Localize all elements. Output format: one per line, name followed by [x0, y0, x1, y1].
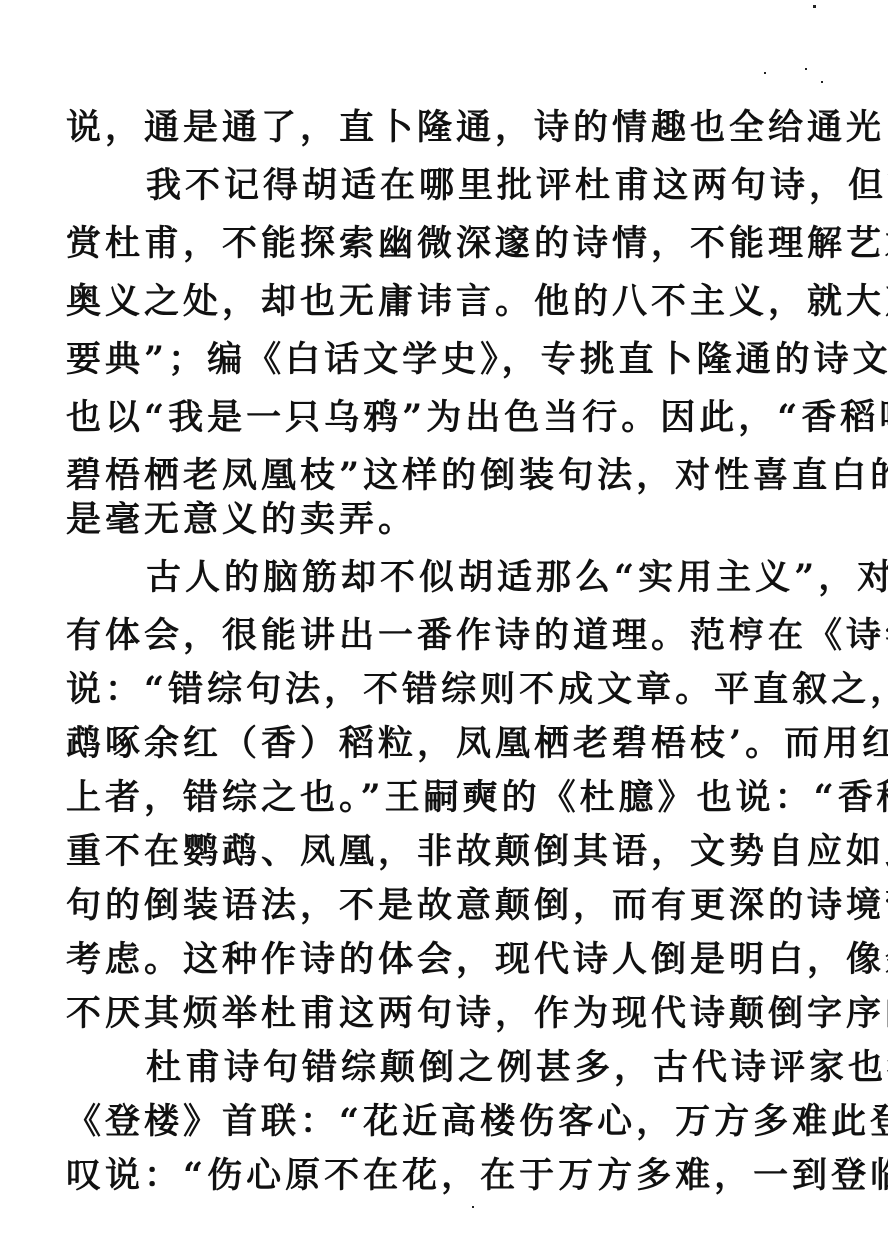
scan-speck	[821, 81, 823, 83]
text-line: 不厌其烦举杜甫这两句诗，作为现代诗颠倒字序的张本。	[66, 992, 828, 1036]
text-line: 说：“错综句法，不错综则不成文章。平直叙之，则曰‘鹦	[66, 668, 828, 712]
scanned-book-page: 说，通是通了，直卜隆通，诗的情趣也全给通光了。 我不记得胡适在哪里批评杜甫这两句…	[0, 0, 888, 1238]
text-line: 说，通是通了，直卜隆通，诗的情趣也全给通光了。	[66, 106, 828, 150]
text-line: 《登楼》首联：“花近高楼伤客心，万方多难此登临。”金圣	[66, 1100, 828, 1144]
text-line: 也以“我是一只乌鸦”为出色当行。因此，“香稻啄余鹦鹉粒，	[66, 396, 828, 440]
text-line: 要典”；编《白话文学史》，专挑直卜隆通的诗文；写白话诗，	[66, 338, 828, 382]
paragraph-start-line: 古人的脑筋却不似胡适那么“实用主义”，对修辞艺术颇	[66, 556, 828, 600]
paragraph-start-line: 我不记得胡适在哪里批评杜甫这两句诗，但胡适不能欣	[66, 164, 828, 208]
text-line: 考虑。这种作诗的体会，现代诗人倒是明白，像余光中就曾	[66, 938, 828, 982]
scan-speck	[813, 5, 816, 8]
scan-speck	[764, 72, 766, 74]
text-line: 奥义之处，却也无庸讳言。他的八不主义，就大声疾呼“不	[66, 280, 828, 324]
text-line: 叹说：“伤心原不在花，在于万方多难，一到登临之际，忽已	[66, 1154, 828, 1198]
scan-speck	[472, 1206, 474, 1208]
scan-speck	[805, 68, 807, 70]
text-line: 是毫无意义的卖弄。	[66, 498, 828, 542]
text-line: 碧梧栖老凤凰枝”这样的倒装句法，对性喜直白的胡适来说，	[66, 454, 828, 498]
text-line: 句的倒装语法，不是故意颠倒，而有更深的诗境营造的艺术	[66, 884, 828, 928]
paragraph-start-line: 杜甫诗句错综颠倒之例甚多，古代诗评家也都知道。如	[66, 1046, 828, 1090]
text-line: 重不在鹦鹉、凤凰，非故颠倒其语，文势自应如此。”是说诗	[66, 830, 828, 874]
text-line: 鹉啄余红（香）稻粒，凤凰栖老碧梧枝’。而用红稻、碧梧于	[66, 722, 828, 766]
text-line: 有体会，很能讲出一番作诗的道理。范梈在《诗学禁脔》中	[66, 614, 828, 658]
text-line: 赏杜甫，不能探索幽微深邃的诗情，不能理解艺术有其要眇	[66, 222, 828, 266]
text-line: 上者，错综之也。”王嗣奭的《杜臆》也说：“香稻二句，所	[66, 776, 828, 820]
